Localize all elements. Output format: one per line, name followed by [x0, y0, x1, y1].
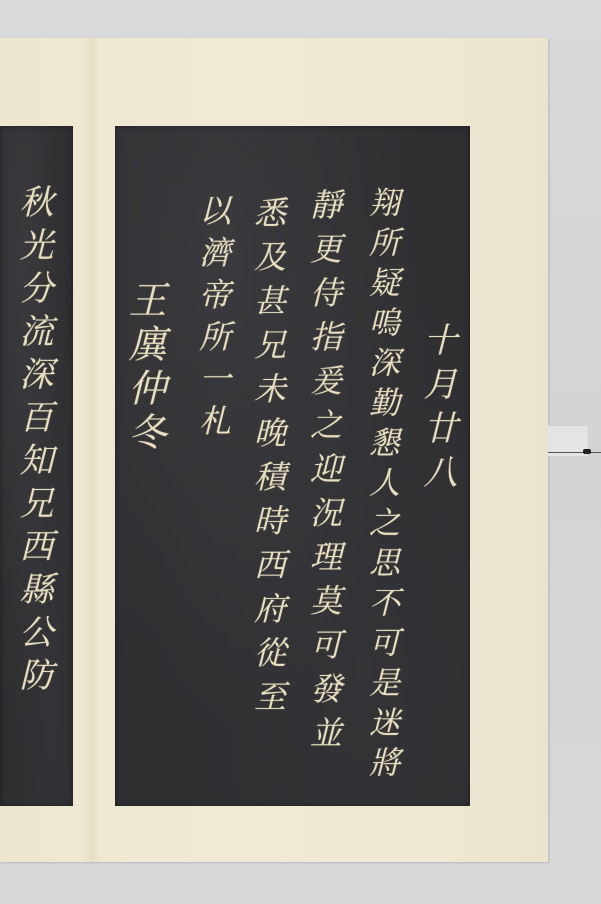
calligraphy-column-date: 十月廿八 [420, 322, 454, 498]
calligraphy-column: 翔所疑嗚深勤懇人之思不可是迷將 [365, 186, 396, 786]
calligraphy-column: 秋光分流深百知兄西縣公防 [16, 184, 50, 700]
page-fold [84, 38, 100, 862]
calligraphy-column: 悉及甚兄未晚積時西府從至 [252, 196, 284, 724]
tab-line [548, 452, 601, 453]
calligraphy-signature: 王廙仲冬 [125, 280, 163, 456]
calligraphy-column: 以濟帝所一札 [197, 194, 229, 446]
calligraphy-column: 靜更侍指爰之迎況理莫可發並 [308, 188, 340, 760]
rubbing-panel-left: 秋光分流深百知兄西縣公防 [0, 126, 73, 806]
tab-mark [583, 449, 591, 454]
rubbing-panel-main: 十月廿八 翔所疑嗚深勤懇人之思不可是迷將 靜更侍指爰之迎況理莫可發並 悉及甚兄未… [115, 126, 470, 806]
